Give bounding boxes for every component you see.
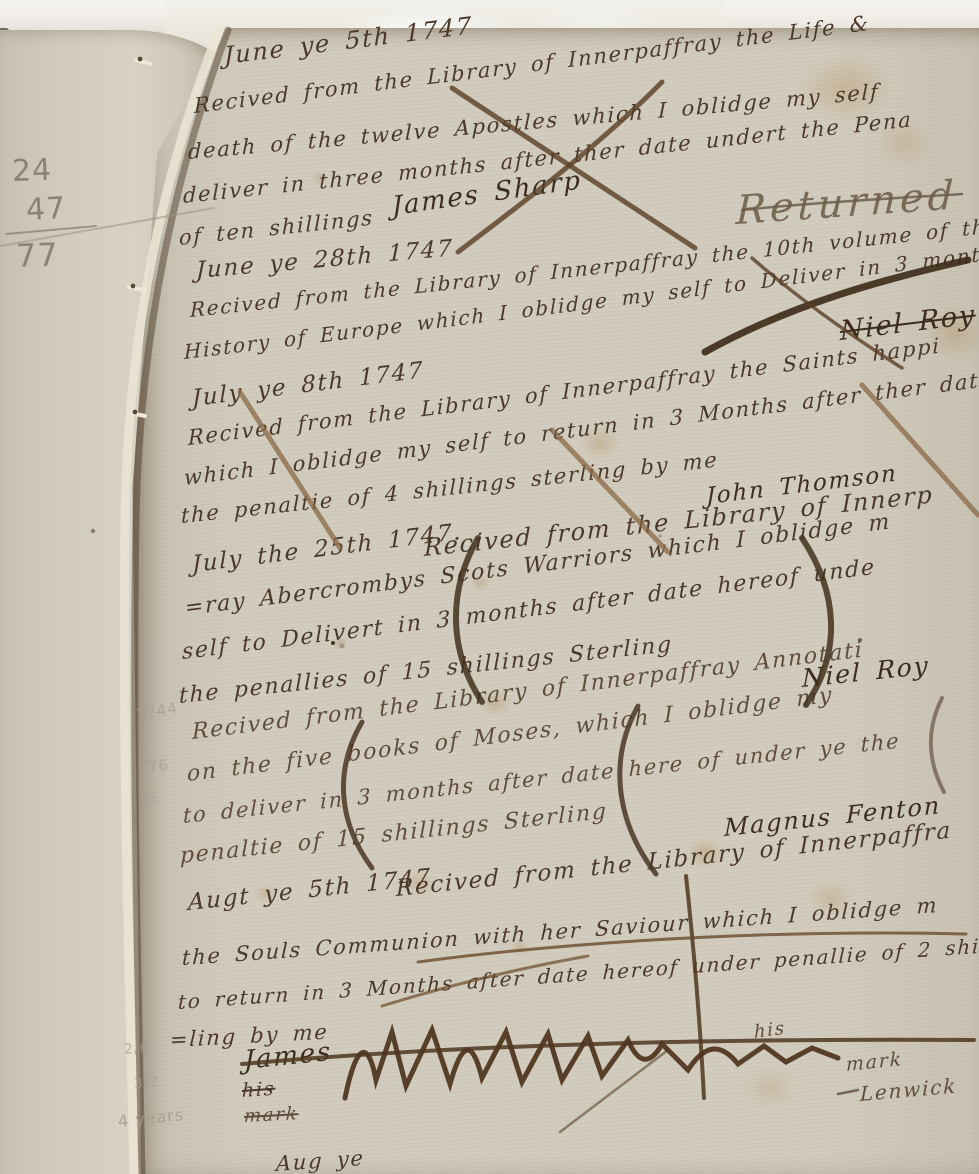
margin-sum-number: 77: [15, 236, 59, 275]
margin-sum-number: 47: [25, 191, 67, 228]
struck-word: his: [242, 1078, 276, 1102]
struck-word: mark: [243, 1103, 299, 1127]
photographed-register-page: 24 47 77 1744 76 ye 2/6 3/2 4 years June…: [0, 0, 979, 1174]
faint-pencil-mark: 76: [147, 756, 170, 776]
margin-sum-number: 24: [11, 153, 52, 189]
faint-pencil-mark: ye: [139, 790, 159, 808]
witness-mark: his: [754, 1017, 786, 1043]
lower-pencil-mark: 3/2: [133, 1074, 160, 1092]
lower-pencil-mark: 2/6: [123, 1040, 150, 1058]
